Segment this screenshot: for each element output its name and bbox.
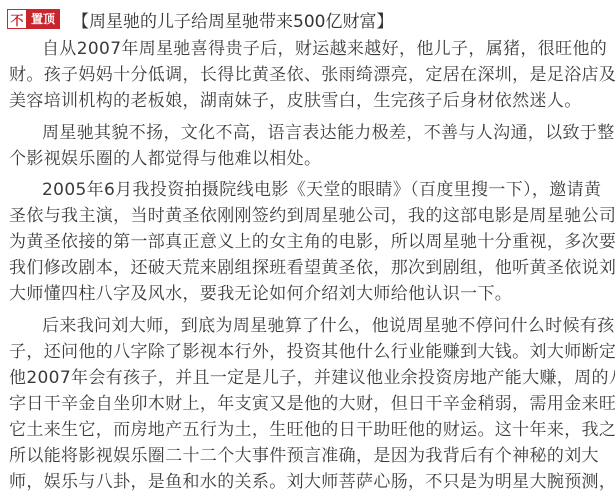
article-page: 不 置顶 【周星驰的儿子给周星驰带来500亿财富】 自从2007年周星驰喜得贵子…	[0, 0, 615, 499]
article-title: 【周星驰的儿子给周星驰带来500亿财富】	[72, 7, 393, 32]
article-line: 个影视娱乐圈的人都觉得与他难以相处。	[9, 144, 321, 169]
article-line: 字日干辛金自坐卯木财上，年支寅又是他的大财，但日干辛金稍弱，需用金来旺	[9, 389, 615, 414]
article-line: 所以能将影视娱乐圈二十二个大事件预言准确，是因为我背后有个神秘的刘大	[9, 441, 599, 466]
article-line: 2005年6月我投资拍摄院线电影《天堂的眼睛》（百度里搜一下），邀请黄	[42, 175, 601, 200]
article-line: 自从2007年周星驰喜得贵子后，财运越来越好，他儿子，属猪，很旺他的	[42, 34, 607, 59]
article-line: 财。孩子妈妈十分低调，长得比黄圣依、张雨绮漂亮，定居在深圳，是足浴店及	[9, 60, 615, 85]
article-line: 圣依与我主演，当时黄圣依刚刚签约到周星驰公司，我的这部电影是周星驰公司	[9, 201, 615, 226]
article-line: 周星驰其貌不扬，文化不高，语言表达能力极差，不善与人沟通，以致于整	[42, 118, 615, 143]
article-line: 大师懂四柱八字及风水，要我无论如何介绍刘大师给他认识一下。	[9, 279, 512, 304]
article-line: 美容培训机构的老板娘，湖南妹子，皮肤雪白，生完孩子后身材依然迷人。	[9, 86, 582, 111]
pinned-label: 置顶	[27, 10, 59, 28]
article-title-row: 不 置顶 【周星驰的儿子给周星驰带来500亿财富】	[7, 8, 393, 30]
article-line: 他2007年会有孩子，并且一定是儿子，并建议他业余投资房地产能大赚，周的八	[9, 363, 615, 388]
article-line: 它土来生它，而房地产五行为土，生旺他的日干助旺他的财运。这十年来，我之	[9, 415, 615, 440]
article-line: 为黄圣依接的第一部真正意义上的女主角的电影，所以周星驰十分重视，多次要	[9, 227, 615, 252]
pin-icon: 不	[8, 10, 27, 28]
article-line: 子，还问他的八字除了影视本行外，投资其他什么行业能赚到大钱。刘大师断定	[9, 337, 615, 362]
article-line: 后来我问刘大师，到底为周星驰算了什么，他说周星驰不停问什么时候有孩	[42, 311, 615, 336]
pinned-badge: 不 置顶	[7, 9, 60, 29]
article-line: 师，娱乐与八卦，是鱼和水的关系。刘大师菩萨心肠，不只是为明星大腕预测，	[9, 467, 615, 492]
article-line: 我们修改剧本，还破天荒来剧组探班看望黄圣依，那次到剧组，他听黄圣依说刘	[9, 253, 615, 278]
